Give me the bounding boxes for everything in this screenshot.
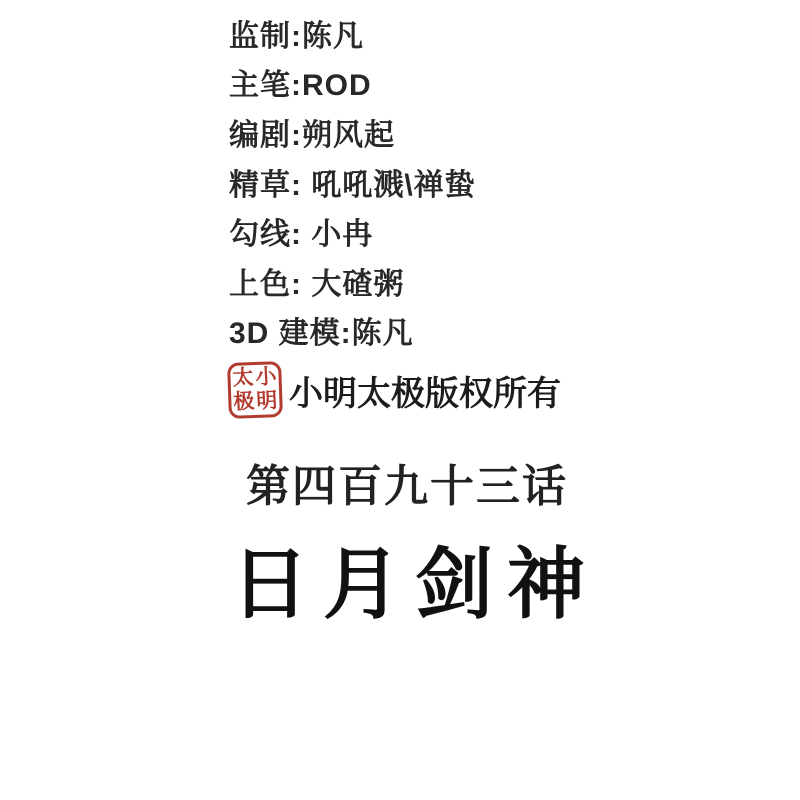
seal-char-bottom-right: 明 [256,389,278,414]
credit-line-lineart: 勾线: 小冉 [229,206,476,256]
credit-line-screenwriter: 编剧:朔风起 [229,107,476,157]
chapter-number: 第四百九十三话 [0,450,800,514]
copyright-text: 小明太极版权所有 [289,366,561,415]
credit-line-coloring: 上色: 大碴粥 [229,256,476,306]
episode-title: 日月剑神 [0,522,800,634]
copyright-row: 太 小 极 明 小明太极版权所有 [228,362,561,418]
seal-char-top-left: 太 [232,366,254,391]
credit-line-supervisor: 监制:陈凡 [229,8,476,58]
credit-line-rough-draft: 精草: 吼吼溅\禅蛰 [229,157,476,207]
studio-seal-icon: 太 小 极 明 [227,361,283,419]
comic-credits-page: 监制:陈凡 主笔:ROD 编剧:朔风起 精草: 吼吼溅\禅蛰 勾线: 小冉 上色… [0,0,800,800]
seal-char-top-right: 小 [255,365,277,390]
seal-char-bottom-left: 极 [233,390,255,415]
credit-line-main-artist: 主笔:ROD [229,58,476,108]
credit-line-3d-modeling: 3D 建模:陈凡 [229,306,476,356]
credits-block: 监制:陈凡 主笔:ROD 编剧:朔风起 精草: 吼吼溅\禅蛰 勾线: 小冉 上色… [229,8,476,355]
